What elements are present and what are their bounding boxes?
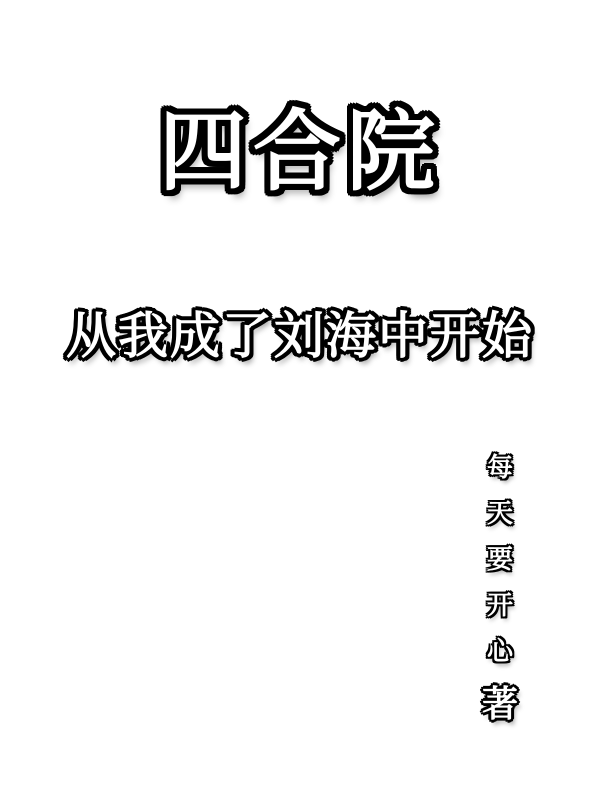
author-char: 心 — [487, 639, 513, 665]
author-char: 天 — [487, 501, 513, 527]
cover-title: 四合院 — [0, 82, 600, 208]
author-char: 要 — [487, 547, 513, 573]
author-char: 每 — [487, 455, 513, 481]
author-byline: 每 天 要 开 心 著 — [470, 455, 530, 743]
cover-subtitle: 从我成了刘海中开始 — [0, 296, 600, 368]
author-suffix: 著 — [482, 687, 518, 723]
author-char: 开 — [487, 593, 513, 619]
